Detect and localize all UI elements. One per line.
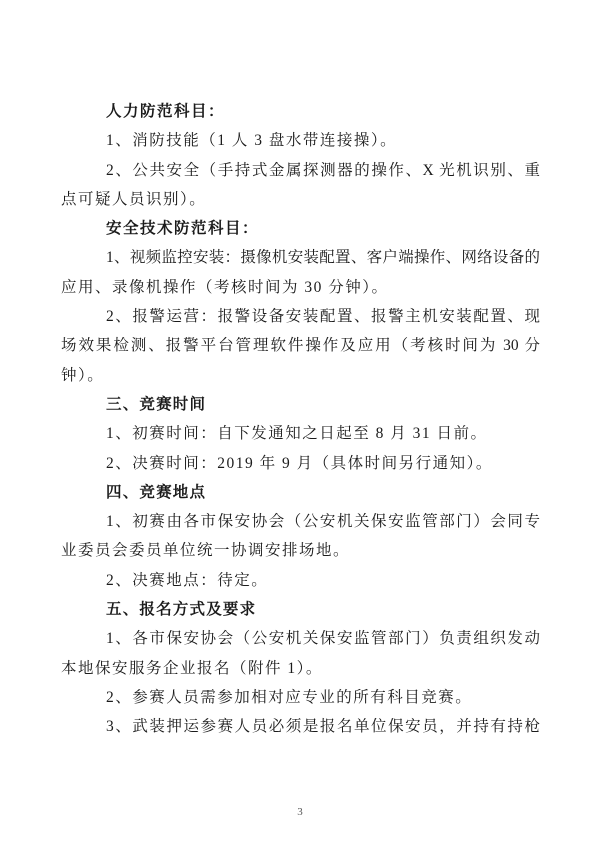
document-line: 1、初赛时间：自下发通知之日起至 8 月 31 日前。 [61,419,540,448]
page-number: 3 [0,805,600,819]
document-line: 1、各市保安协会（公安机关保安监管部门）负责组织发动 [61,624,540,653]
document-line: 1、初赛由各市保安协会（公安机关保安监管部门）会同专 [61,507,540,536]
document-page: 人力防范科目：1、消防技能（1 人 3 盘水带连接操）。2、公共安全（手持式金属… [0,0,600,846]
document-line: 五、报名方式及要求 [61,595,540,624]
document-line: 四、竞赛地点 [61,478,540,507]
document-line: 2、公共安全（手持式金属探测器的操作、X 光机识别、重 [61,156,540,185]
document-line: 应用、录像机操作（考核时间为 30 分钟）。 [61,273,540,302]
document-line: 业委员会委员单位统一协调安排场地。 [61,536,540,565]
document-line: 3、武装押运参赛人员必须是报名单位保安员，并持有持枪 [61,712,540,741]
document-line: 三、竞赛时间 [61,390,540,419]
document-line: 2、报警运营：报警设备安装配置、报警主机安装配置、现 [61,302,540,331]
document-line: 2、决赛地点：待定。 [61,566,540,595]
document-line: 2、决赛时间：2019 年 9 月（具体时间另行通知）。 [61,449,540,478]
document-text-block: 人力防范科目：1、消防技能（1 人 3 盘水带连接操）。2、公共安全（手持式金属… [61,97,540,742]
document-line: 安全技术防范科目： [61,214,540,243]
document-line: 场效果检测、报警平台管理软件操作及应用（考核时间为 30 分 [61,331,540,360]
document-line: 1、消防技能（1 人 3 盘水带连接操）。 [61,126,540,155]
document-line: 点可疑人员识别）。 [61,185,540,214]
document-line: 1、视频监控安装：摄像机安装配置、客户端操作、网络设备的 [61,243,540,272]
document-line: 钟）。 [61,361,540,390]
document-line: 2、参赛人员需参加相对应专业的所有科目竞赛。 [61,683,540,712]
document-line: 本地保安服务企业报名（附件 1）。 [61,654,540,683]
document-line: 人力防范科目： [61,97,540,126]
